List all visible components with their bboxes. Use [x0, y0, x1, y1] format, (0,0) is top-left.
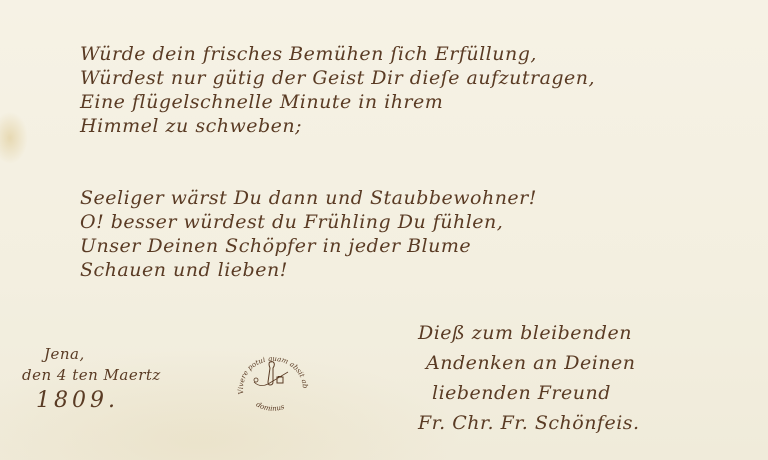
seal-icon: Vivere potui quam absit ab dominus	[232, 344, 314, 416]
dedication-line: Dieß zum bleibenden	[418, 318, 640, 348]
date-day: den 4 ten Maertz	[22, 364, 161, 386]
verse-line: Würdest nur gütig der Geist Dir dieſe au…	[80, 66, 595, 90]
verse-line: Unser Deinen Schöpfer in jeder Blume	[80, 234, 537, 258]
stanza-2: Seeliger wärst Du dann und Staubbewohner…	[80, 186, 537, 282]
verse-line: Würde dein frisches Bemühen ſich Erfüllu…	[80, 42, 595, 66]
verse-line: Himmel zu schweben;	[80, 114, 595, 138]
verse-line: Eine flügelschnelle Minute in ihrem	[80, 90, 595, 114]
verse-line: O! besser würdest du Frühling Du fühlen,	[80, 210, 537, 234]
dateline: Jena, den 4 ten Maertz 1809.	[22, 344, 161, 416]
date-year: 1809.	[22, 386, 161, 416]
signature: Fr. Chr. Fr. Schönfeis.	[418, 408, 640, 438]
dedication: Dieß zum bleibenden Andenken an Deinen l…	[418, 318, 640, 438]
seal-vignette: Vivere potui quam absit ab dominus	[232, 344, 314, 416]
stanza-1: Würde dein frisches Bemühen ſich Erfüllu…	[80, 42, 595, 138]
dedication-line: liebenden Freund	[418, 378, 640, 408]
verse-line: Seeliger wärst Du dann und Staubbewohner…	[80, 186, 537, 210]
svg-text:dominus: dominus	[255, 400, 286, 412]
dedication-line: Andenken an Deinen	[418, 348, 640, 378]
verse-line: Schauen und lieben!	[80, 258, 537, 282]
date-place: Jena,	[22, 344, 161, 364]
